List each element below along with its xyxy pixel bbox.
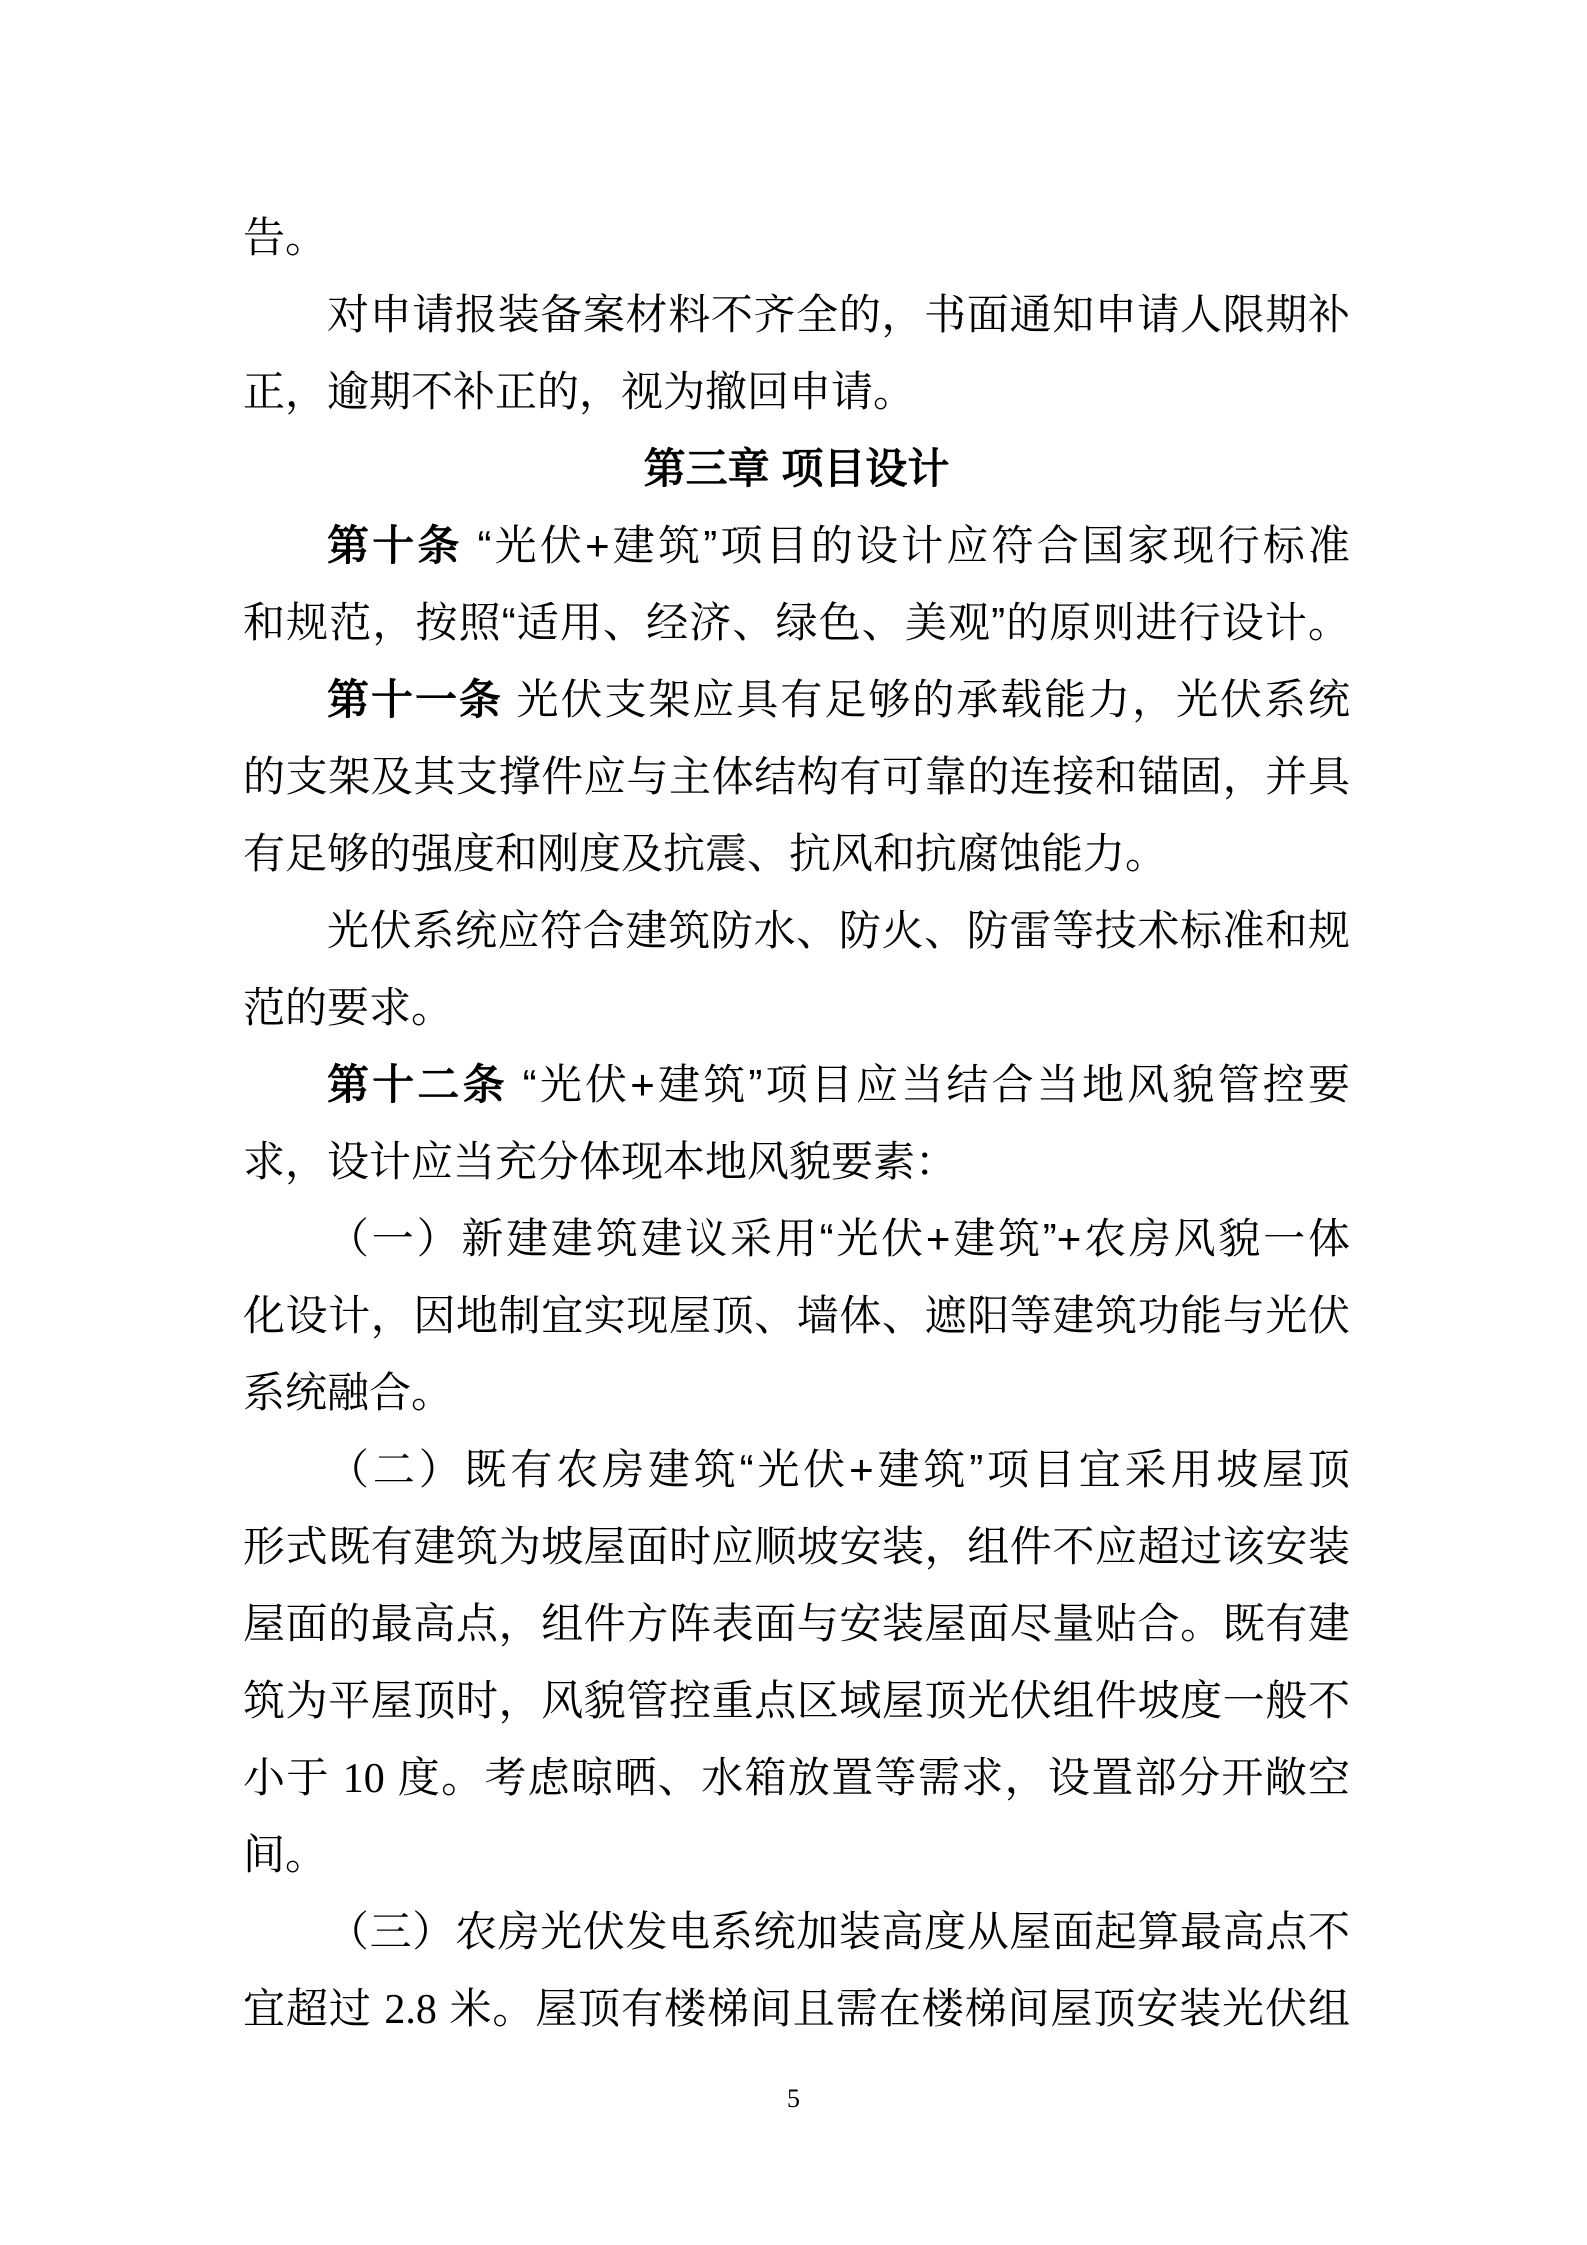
page-number: 5: [0, 2082, 1587, 2116]
paragraph-line: 宜超过 2.8 米。屋顶有楼梯间且需在楼梯间屋顶安装光伏组: [243, 1970, 1350, 2047]
numeric-run: 2.8: [384, 1987, 437, 2033]
text-run: 系统融合。: [243, 1369, 453, 1416]
text-run: （三）农房光伏发电系统加装高度从屋面起算最高点不: [327, 1908, 1350, 1955]
paragraph-line: 光伏系统应符合建筑防水、防火、防雷等技术标准和规: [243, 892, 1350, 969]
text-run: 度。考虑晾晒、水箱放置等需求，设置部分开敞空: [385, 1754, 1350, 1801]
bold-run: 第十一条: [327, 676, 517, 723]
text-run: 筑为平屋顶时，风貌管控重点区域屋顶光伏组件坡度一般不: [243, 1677, 1350, 1724]
paragraph-line: 第十二条 “光伏+建筑”项目应当结合当地风貌管控要: [243, 1046, 1350, 1123]
paragraph-line: 第十一条 光伏支架应具有足够的承载能力，光伏系统: [243, 661, 1350, 738]
text-run: 和规范，按照“适用、经济、绿色、美观”的原则进行设计。: [243, 599, 1350, 646]
text-run: 范的要求。: [243, 984, 453, 1031]
text-run: “光伏+建筑”项目应当结合当地风貌管控要: [523, 1061, 1350, 1108]
text-run: 正，逾期不补正的，视为撤回申请。: [243, 368, 915, 415]
text-run: 光伏系统应符合建筑防水、防火、防雷等技术标准和规: [327, 907, 1350, 954]
paragraph-line: 屋面的最高点，组件方阵表面与安装屋面尽量贴合。既有建: [243, 1585, 1350, 1662]
text-run: 小于: [243, 1754, 343, 1801]
text-run: 有足够的强度和刚度及抗震、抗风和抗腐蚀能力。: [243, 830, 1167, 877]
paragraph-line: 和规范，按照“适用、经济、绿色、美观”的原则进行设计。: [243, 584, 1350, 661]
text-run: “光伏+建筑”项目的设计应符合国家现行标准: [477, 522, 1350, 569]
chapter-heading: 第三章 项目设计: [243, 430, 1350, 507]
paragraph-line: 筑为平屋顶时，风貌管控重点区域屋顶光伏组件坡度一般不: [243, 1662, 1350, 1739]
paragraph-line: 系统融合。: [243, 1354, 1350, 1431]
numeric-run: 10: [343, 1756, 385, 1802]
text-run: 光伏支架应具有足够的承载能力，光伏系统: [517, 676, 1350, 723]
text-run: 化设计，因地制宜实现屋顶、墙体、遮阳等建筑功能与光伏: [243, 1292, 1350, 1339]
text-run: 间。: [243, 1831, 327, 1878]
paragraph-line: 正，逾期不补正的，视为撤回申请。: [243, 353, 1350, 430]
text-run: 求，设计应当充分体现本地风貌要素：: [243, 1138, 957, 1185]
paragraph-line: 小于 10 度。考虑晾晒、水箱放置等需求，设置部分开敞空: [243, 1739, 1350, 1816]
paragraph-line: 的支架及其支撑件应与主体结构有可靠的连接和锚固，并具: [243, 738, 1350, 815]
text-run: （一）新建建筑建议采用“光伏+建筑”+农房风貌一体: [327, 1215, 1350, 1262]
paragraph-line: （三）农房光伏发电系统加装高度从屋面起算最高点不: [243, 1893, 1350, 1970]
paragraph-line: （一）新建建筑建议采用“光伏+建筑”+农房风貌一体: [243, 1200, 1350, 1277]
bold-run: 第十二条: [327, 1061, 523, 1108]
text-run: 屋面的最高点，组件方阵表面与安装屋面尽量贴合。既有建: [243, 1600, 1350, 1647]
paragraph-line: 形式既有建筑为坡屋面时应顺坡安装，组件不应超过该安装: [243, 1508, 1350, 1585]
paragraph-line: 有足够的强度和刚度及抗震、抗风和抗腐蚀能力。: [243, 815, 1350, 892]
bold-run: 第三章 项目设计: [644, 445, 950, 492]
document-page: 告。对申请报装备案材料不齐全的，书面通知申请人限期补正，逾期不补正的，视为撤回申…: [0, 0, 1587, 2245]
paragraph-line: 对申请报装备案材料不齐全的，书面通知申请人限期补: [243, 276, 1350, 353]
paragraph-line: 告。: [243, 199, 1350, 276]
document-body: 告。对申请报装备案材料不齐全的，书面通知申请人限期补正，逾期不补正的，视为撤回申…: [243, 199, 1350, 2047]
bold-run: 第十条: [327, 522, 477, 569]
paragraph-line: 范的要求。: [243, 969, 1350, 1046]
text-run: 形式既有建筑为坡屋面时应顺坡安装，组件不应超过该安装: [243, 1523, 1350, 1570]
text-run: 宜超过: [243, 1985, 384, 2032]
paragraph-line: 求，设计应当充分体现本地风貌要素：: [243, 1123, 1350, 1200]
paragraph-line: （二）既有农房建筑“光伏+建筑”项目宜采用坡屋顶: [243, 1431, 1350, 1508]
text-run: 告。: [243, 214, 327, 261]
text-run: 对申请报装备案材料不齐全的，书面通知申请人限期补: [327, 291, 1350, 338]
paragraph-line: 间。: [243, 1816, 1350, 1893]
text-run: 的支架及其支撑件应与主体结构有可靠的连接和锚固，并具: [243, 753, 1350, 800]
paragraph-line: 第十条 “光伏+建筑”项目的设计应符合国家现行标准: [243, 507, 1350, 584]
text-run: 米。屋顶有楼梯间且需在楼梯间屋顶安装光伏组: [437, 1985, 1350, 2032]
text-run: （二）既有农房建筑“光伏+建筑”项目宜采用坡屋顶: [327, 1446, 1350, 1493]
paragraph-line: 化设计，因地制宜实现屋顶、墙体、遮阳等建筑功能与光伏: [243, 1277, 1350, 1354]
